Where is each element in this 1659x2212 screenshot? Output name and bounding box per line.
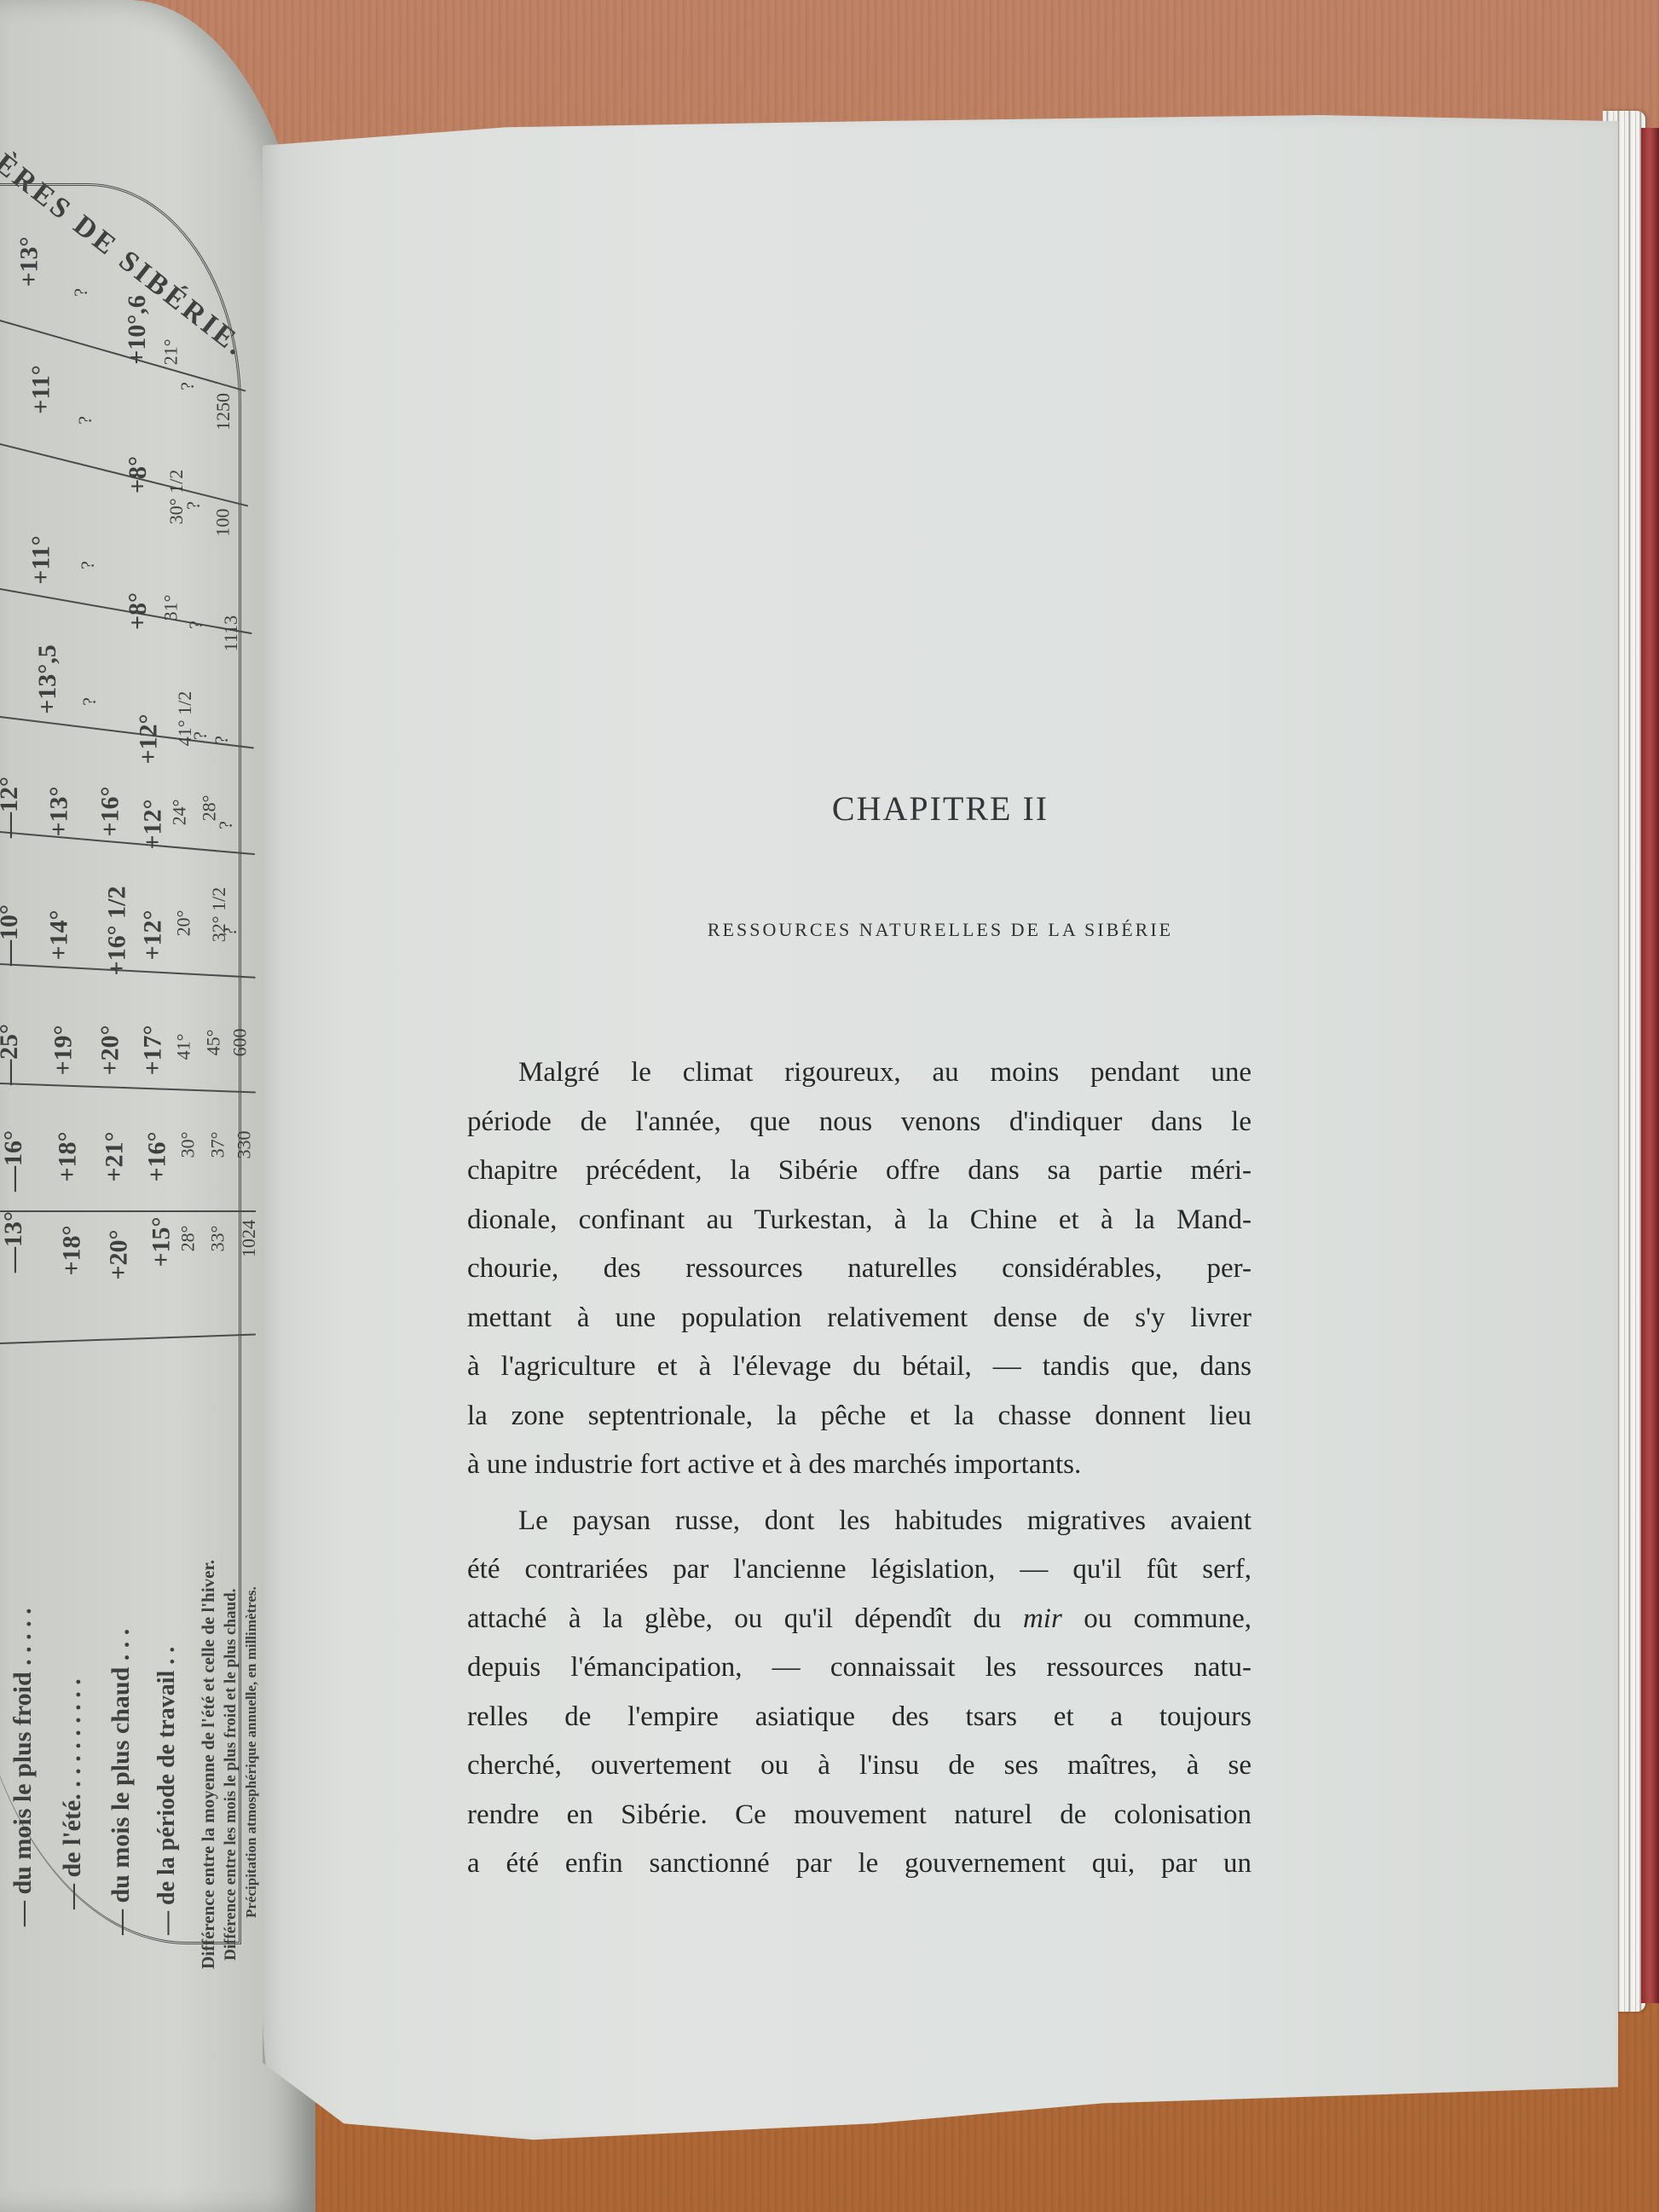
row-label: Précipitation atmosphérique annuelle, en… [243, 1236, 260, 1918]
book-cover-edge [1641, 128, 1659, 2003]
table-cell: +13° [45, 786, 74, 836]
text-line: attaché à la glèbe, ou qu'il dépendît du… [467, 1595, 1251, 1644]
table-cell: +12° [139, 799, 168, 849]
table-cell: +13° [15, 236, 44, 286]
text-line: la zone septentrionale, la pêche et la c… [467, 1392, 1251, 1441]
right-page: CHAPITRE II RESSOURCES NATURELLES DE LA … [263, 115, 1618, 2144]
table-cell: +11° [27, 535, 56, 584]
table-cell: 30° 1/2 [165, 470, 188, 524]
table-cell: +14° [45, 910, 74, 960]
table-cell: 21° [159, 339, 182, 366]
table-cell: +8° [124, 592, 153, 630]
text-line: cherché, ouvertement ou à l'insu de ses … [467, 1741, 1251, 1791]
table-cell: —16° [0, 1130, 28, 1192]
text-line: Le paysan russe, dont les habitudes migr… [467, 1497, 1251, 1546]
table-cell: +16° [96, 786, 125, 836]
row-label: — de la période de travail . . [153, 1253, 181, 1935]
table-cell: +21° [101, 1131, 130, 1181]
table-cell: +16° 1/2 [102, 887, 131, 976]
table-cell: 30° [176, 1132, 199, 1158]
table-cell: +18° [58, 1225, 87, 1275]
table-cell: ? [78, 697, 101, 706]
table-cell: 20° [172, 910, 194, 937]
table-cell: +19° [49, 1025, 78, 1075]
text-line: été contrariées par l'ancienne législati… [467, 1545, 1251, 1595]
table-cell: 1113 [220, 615, 242, 651]
table-cell: ? [219, 927, 241, 936]
table-cell: +8° [124, 456, 153, 494]
italic-term: mir [1023, 1603, 1062, 1634]
text-segment: attaché à la glèbe, ou qu'il dépendît du [467, 1603, 1002, 1634]
table-cell: ? [185, 621, 207, 629]
text-line: mettant à une population relativement de… [467, 1294, 1251, 1343]
text-line: depuis l'émancipation, — connaissait les… [467, 1643, 1251, 1693]
row-label: — du mois le plus chaud . . . [107, 1287, 136, 1935]
table-cell: +16° [143, 1131, 172, 1181]
table-cell: —25° [0, 1024, 24, 1085]
table-cell: +11° [27, 365, 56, 413]
table-cell: +12° [139, 910, 168, 960]
row-label: — de l'été. . . . . . . . . . [58, 1364, 87, 1909]
table-cell: ? [70, 288, 92, 297]
body-text: Malgré le climat rigoureux, au moins pen… [467, 1048, 1251, 1889]
row-label: — du mois le plus froid . . . . . [9, 1330, 38, 1926]
text-line: période de l'année, que nous venons d'in… [467, 1098, 1251, 1147]
table-cell: 45° [202, 1030, 224, 1056]
table-cell: ? [189, 731, 211, 740]
text-line: à une industrie fort active et à des mar… [467, 1441, 1251, 1490]
table-cell: 1250 [212, 393, 234, 430]
text-line: relles de l'empire asiatique des tsars e… [467, 1693, 1251, 1742]
text-line: dionale, confinant au Turkestan, à la Ch… [467, 1196, 1251, 1245]
table-cell: ? [182, 501, 205, 510]
table-cell: 31° [159, 595, 182, 621]
table-cell: 330 [234, 1131, 256, 1159]
row-label: Différence entre la moyenne de l'été et … [198, 1219, 219, 1969]
table-cell: —13° [0, 1211, 28, 1273]
text-segment: ou commune, [1084, 1603, 1251, 1634]
table-cell: ? [74, 416, 96, 424]
table-cell: ? [77, 561, 99, 569]
text-line: à l'agriculture et à l'élevage du bétail… [467, 1343, 1251, 1392]
text-line: Malgré le climat rigoureux, au moins pen… [467, 1048, 1251, 1098]
table-cell: 100 [212, 509, 234, 537]
text-line: chapitre précédent, la Sibérie offre dan… [467, 1146, 1251, 1196]
chapter-title: CHAPITRE II [263, 788, 1618, 829]
table-cell: +20° [105, 1229, 134, 1279]
text-line: rendre en Sibérie. Ce mouvement naturel … [467, 1791, 1251, 1840]
table-cell: +10°,6 [123, 295, 152, 365]
table-cell: 28° [176, 1226, 199, 1252]
chapter-subtitle: RESSOURCES NATURELLES DE LA SIBÉRIE [263, 919, 1618, 941]
row-label: Différence entre les mois le plus froid … [222, 1227, 240, 1961]
table-cell: 24° [168, 800, 190, 826]
table-cell: 41° [172, 1034, 194, 1060]
table-cell: 37° [206, 1132, 228, 1158]
text-line: a été enfin sanctionné par le gouverneme… [467, 1839, 1251, 1889]
table-cell: 28° [198, 795, 220, 822]
table-cell: 600 [229, 1029, 251, 1057]
table-cell: +20° [96, 1025, 125, 1075]
table-cell: +17° [139, 1025, 168, 1075]
text-line: chourie, des ressources naturelles consi… [467, 1245, 1251, 1294]
table-cell: ? [176, 382, 199, 390]
table-cell: ? [211, 736, 233, 744]
table-cell: —12° [0, 777, 24, 838]
table-cell: +12° [135, 713, 164, 764]
table-cell: ? [215, 821, 237, 829]
table-rule [0, 1210, 256, 1212]
table-cell: +18° [54, 1131, 83, 1181]
table-cell: +13°,5 [33, 644, 62, 714]
table-cell: —10° [0, 904, 24, 966]
